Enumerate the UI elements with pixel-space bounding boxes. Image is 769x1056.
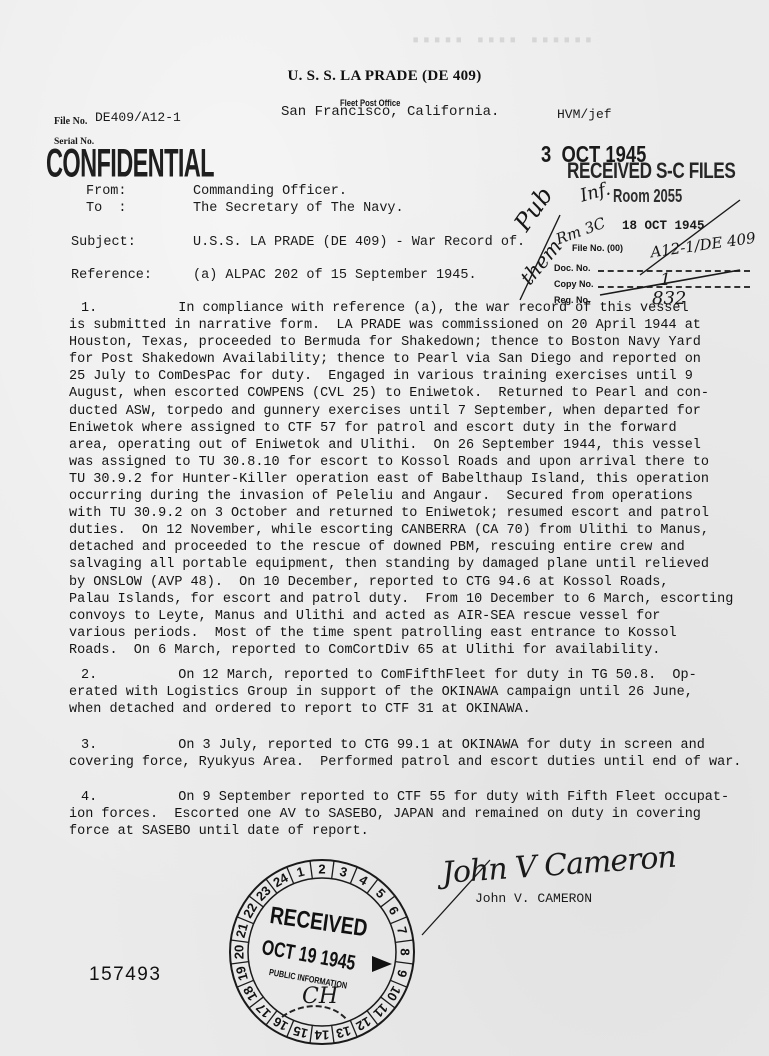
svg-text:21: 21	[233, 922, 251, 940]
svg-text:14: 14	[314, 1028, 329, 1043]
svg-text:6: 6	[386, 904, 403, 918]
svg-text:1: 1	[295, 864, 306, 880]
svg-text:2: 2	[318, 862, 325, 877]
handwritten-strokes	[490, 175, 769, 315]
paragraph-1: 1. In compliance with reference (a), the…	[69, 300, 749, 659]
svg-text:5: 5	[373, 885, 389, 901]
svg-text:4: 4	[357, 872, 371, 889]
paragraph-line: area, operating out of Eniwetok and Ulit…	[69, 437, 749, 454]
paragraph-4: 4. On 9 September reported to CTF 55 for…	[69, 789, 749, 840]
paragraph-line: erated with Logistics Group in support o…	[69, 684, 749, 701]
paragraph-line: August, when escorted COWPENS (CVL 25) t…	[69, 385, 749, 402]
paragraph-line: Palau Islands, for escort and patrol dut…	[69, 591, 749, 608]
paragraph-line: covering force, Ryukyus Area. Performed …	[69, 754, 749, 771]
paragraph-line: Eniwetok where assigned to CTF 57 for pa…	[69, 420, 749, 437]
typed-signature-name: John V. CAMERON	[475, 891, 592, 906]
paragraph-line: with TU 30.9.2 on 3 October and returned…	[69, 505, 749, 522]
paragraph-line: 25 July to ComDesPac for duty. Engaged i…	[69, 368, 749, 385]
paragraph-line: force at SASEBO until date of report.	[69, 823, 749, 840]
paragraph-line: ducted ASW, torpedo and gunnery exercise…	[69, 403, 749, 420]
paragraph-line: 4. On 9 September reported to CTF 55 for…	[69, 789, 749, 806]
paragraph-line: duties. On 12 November, while escorting …	[69, 522, 749, 539]
bleed-through-text: ▪▪▪▪▪ ▪▪▪▪ ▪▪▪▪▪▪	[410, 30, 594, 53]
stamp-initials: CH	[302, 984, 338, 1009]
svg-text:8: 8	[398, 948, 413, 955]
to-label: To :	[86, 201, 127, 216]
paragraph-line: detached and proceeded to the rescue of …	[69, 539, 749, 556]
paragraph-line: ion forces. Escorted one AV to SASEBO, J…	[69, 806, 749, 823]
paragraph-line: Houston, Texas, proceeded to Bermuda for…	[69, 334, 749, 351]
svg-text:20: 20	[232, 945, 247, 959]
city-line: San Francisco, California.	[281, 104, 499, 120]
paragraph-line: Roads. On 6 March, reported to ComCortDi…	[69, 642, 749, 659]
paragraph-line: various periods. Most of the time spent …	[69, 625, 749, 642]
svg-text:13: 13	[335, 1023, 353, 1041]
paragraph-line: TU 30.9.2 for Hunter-Killer operation ea…	[69, 471, 749, 488]
typist-initials: HVM/jef	[557, 107, 612, 122]
paragraph-line: when detached and ordered to report to C…	[69, 701, 749, 718]
paragraph-line: convoys to Leyte, Manus and Ulithi and a…	[69, 608, 749, 625]
to-value: The Secretary of The Navy.	[193, 201, 404, 216]
received-public-information-stamp: 123456789101112131415161718192021222324 …	[222, 852, 422, 1052]
paragraph-line: 3. On 3 July, reported to CTG 99.1 at OK…	[69, 737, 749, 754]
from-value: Commanding Officer.	[193, 184, 347, 199]
paragraph-line: occurring during the invasion of Peleliu…	[69, 488, 749, 505]
svg-text:19: 19	[233, 965, 251, 983]
reference-value: (a) ALPAC 202 of 15 September 1945.	[193, 268, 477, 283]
subject-label: Subject:	[71, 235, 136, 250]
paragraph-line: salvaging all portable equipment, then s…	[69, 556, 749, 573]
document-number: 157493	[89, 964, 161, 986]
reference-label: Reference:	[71, 268, 152, 283]
svg-text:11: 11	[371, 1001, 391, 1021]
paragraph-line: was assigned to TU 30.8.10 for escort to…	[69, 454, 749, 471]
ship-title: U. S. S. LA PRADE (DE 409)	[0, 68, 769, 85]
svg-text:3: 3	[338, 864, 349, 880]
file-no-value: DE409/A12-1	[95, 110, 181, 125]
svg-text:7: 7	[394, 925, 410, 936]
paragraph-line: by ONSLOW (AVP 48). On 10 December, repo…	[69, 574, 749, 591]
paragraph-2: 2. On 12 March, reported to ComFifthFlee…	[69, 667, 749, 718]
from-label: From:	[86, 184, 127, 199]
paragraph-3: 3. On 3 July, reported to CTG 99.1 at OK…	[69, 737, 749, 771]
document-page: ▪▪▪▪▪ ▪▪▪▪ ▪▪▪▪▪▪ U. S. S. LA PRADE (DE …	[0, 0, 769, 1056]
subject-value: U.S.S. LA PRADE (DE 409) - War Record of…	[193, 235, 525, 250]
svg-text:15: 15	[292, 1023, 310, 1041]
paragraph-line: for Post Shakedown Availability; thence …	[69, 351, 749, 368]
file-no-label: File No.	[54, 116, 87, 127]
paragraph-line: is submitted in narrative form. LA PRADE…	[69, 317, 749, 334]
svg-text:9: 9	[394, 968, 410, 979]
classification-stamp: CONFIDENTIAL	[46, 144, 214, 184]
paragraph-line: 1. In compliance with reference (a), the…	[69, 300, 749, 317]
paragraph-line: 2. On 12 March, reported to ComFifthFlee…	[69, 667, 749, 684]
